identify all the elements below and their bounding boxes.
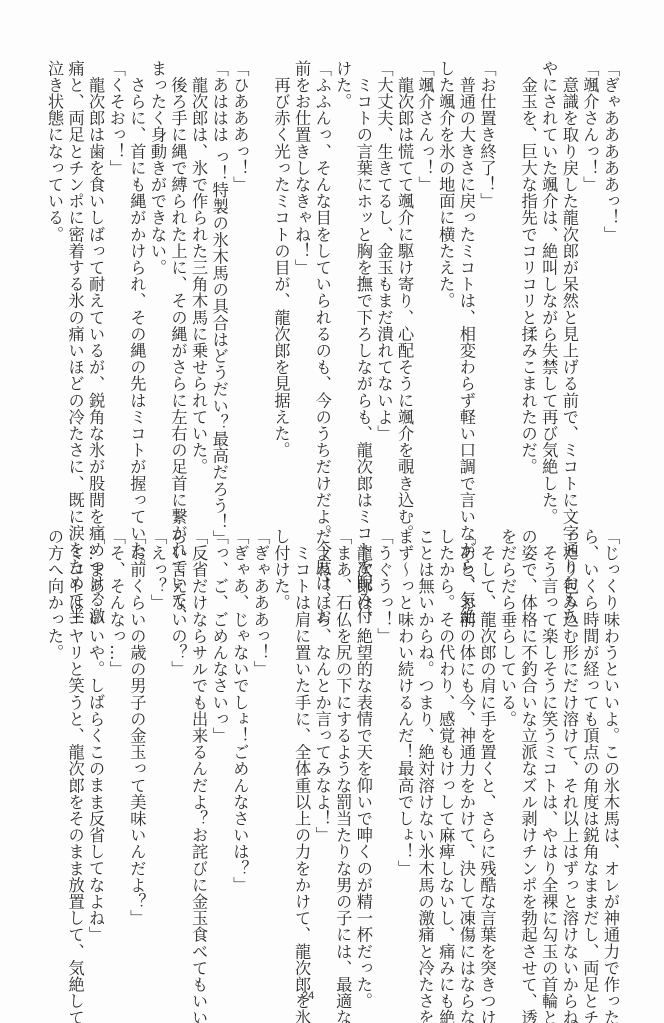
text-line: の方へ向かった。	[43, 528, 64, 938]
text-line: 龍次郎は慌てて颯介に駆け寄り、心配そうに颯介を覗き込む。	[393, 60, 414, 490]
text-line: そう言って楽しそうに笑うミコトは、やはり全裸に勾玉の首輪と腕輪のみ	[538, 528, 559, 938]
text-line: 「あと、お前の体にも今、神通力をかけて、決して凍傷にはならないように	[455, 528, 476, 938]
text-block-bottom: 「じっくり味わうといいよ。この氷木馬は、オレが神通力で作ったものだから、いくら時…	[43, 528, 620, 938]
text-line: 龍次郎は歯を食いしばって耐えているが、鋭角な氷が股間を痛めつける激	[85, 60, 106, 490]
text-line: だよね！ほら、なんとか言ってみなよ！」	[311, 528, 332, 938]
text-line: したから。その代わり、感覚もけっして麻痺しないし、痛みにも絶対慣れる	[435, 528, 456, 938]
text-line: 後ろ手に縄で縛られた上に、その縄がさらに左右の足首に繋がれていて、	[167, 60, 188, 490]
text-line: 痛と、両足とチンポに密着する氷の痛いほどの冷たさに、既に涙をためて半	[64, 60, 85, 490]
text-line: した颯介を氷の地面に横たえた。	[435, 60, 456, 490]
text-line: 「颯介さんっ！」	[579, 60, 600, 490]
page-number: 24	[302, 990, 314, 1002]
text-line: 「ぎゃあああっ！」	[249, 528, 270, 938]
text-line: 「ふふんっ、そんな目をしていられるのも、今のうちだけだよ。今度は、お	[311, 60, 332, 490]
text-line: 「そ、そんなっ…」	[105, 528, 126, 938]
text-line: まったく身動きができない。	[146, 60, 167, 490]
text-line: 「くそおっ！」	[105, 60, 126, 490]
text-line: 普通の大きさに戻ったミコトは、相変わらず軽い口調で言いながら、気絶	[455, 60, 476, 490]
text-line: 「じっくり味わうといいよ。この氷木馬は、オレが神通力で作ったものだか	[599, 528, 620, 938]
text-line: 「お前くらいの歳の男子の金玉って美味いんだよ？」	[126, 528, 147, 938]
text-line: らい言えないの？」	[167, 528, 188, 938]
text-line: ミコトはニヤリと笑うと、龍次郎をそのまま放置して、気絶している颯介	[64, 528, 85, 938]
text-line: 「うぐうっ！」	[373, 528, 394, 938]
text-line: 「あははは っ！特製の氷木馬の具合はどうだい？最高だろう！」	[208, 60, 229, 490]
text-line: 意識を取り戻した龍次郎が呆然と見上げる前で、ミコトに文字通りおもち	[558, 60, 579, 490]
text-line: 「まあ、石仏を尻の下にするような罰当たりな男の子には、最適なお仕置き	[332, 528, 353, 938]
text-line: ことは無いからね。つまり、絶対溶けない氷木馬の激痛と冷たさを、そのま	[414, 528, 435, 938]
text-line: 「反省だけならサルでも出来るんだよ？お詫びに金玉食べてもいいです、く	[188, 528, 209, 938]
text-line: 再び赤く光ったミコトの目が、龍次郎を見据えた。	[270, 60, 291, 490]
text-line: けた。	[332, 60, 353, 490]
text-line: 「颯介さんっ！」	[414, 60, 435, 490]
text-line: ミコトの言葉にホッと胸を撫で下ろしながらも、龍次郎はミコトを睨み付	[352, 60, 373, 490]
text-line: 「えっ？」	[146, 528, 167, 938]
text-line: 「…まあ、いいや。しばらくこのまま反省してなよね」	[85, 528, 106, 938]
text-line: の姿で、体格に不釣合いな立派なズル剥けチンポを勃起させて、透明な粘液	[517, 528, 538, 938]
text-line: そして、龍次郎の肩に手を置くと、さらに残酷な言葉を突きつける。	[476, 528, 497, 938]
text-line: 金玉を、巨大な指先でコリコリと揉みこまれたのだ。	[517, 60, 538, 490]
text-line: し付けた。	[270, 528, 291, 938]
text-line: 「っ、ご、ごめんなさいっ」	[208, 528, 229, 938]
text-line: 「ひあああっ！」	[229, 60, 250, 490]
text-line: さらに、首にも縄がかけられ、その縄の先はミコトが握っていた。	[126, 60, 147, 490]
text-line	[249, 60, 270, 490]
text-line: 「ぎゃあああああっ！」	[599, 60, 620, 490]
text-line: まず〜っと味わい続けるんだ！最高でしょ！」	[393, 528, 414, 938]
text-line: ら、いくら時間が経っても頂点の角度は鋭角なままだし、両足とチンポをぴ	[579, 528, 600, 938]
text-line: ミコトは肩に置いた手に、全体重以上の力をかけて、龍次郎を氷木馬に押	[291, 528, 312, 938]
text-line: ったり包み込む形にだけ溶けて、それ以上はずっと溶けないからね！」	[558, 528, 579, 938]
text-line: 龍次郎は、氷で作られた三角木馬に乗せられていた。	[188, 60, 209, 490]
text-line: 前をお仕置きしなきゃね！」	[291, 60, 312, 490]
text-line: 「ぎゃあ、じゃないでしょ！ごめんなさいは？」	[229, 528, 250, 938]
text-line: 「大丈夫、生きてるし、金玉もまだ潰れてないよ」	[373, 60, 394, 490]
text-line	[496, 60, 517, 490]
text-line: をだらだら垂らしている。	[496, 528, 517, 938]
text-line: 「お仕置き終了！」	[476, 60, 497, 490]
text-line: やにされていた颯介は、絶叫しながら失禁して再び気絶した。	[538, 60, 559, 490]
text-line: 龍次郎は、絶望的な表情で天を仰いで呻くのが精一杯だった。	[352, 528, 373, 938]
text-block-top: 「ぎゃあああああっ！」「颯介さんっ！」 意識を取り戻した龍次郎が呆然と見上げる前…	[43, 60, 620, 490]
document-page: 「ぎゃあああああっ！」「颯介さんっ！」 意識を取り戻した龍次郎が呆然と見上げる前…	[0, 0, 664, 1023]
text-line: 泣き状態になっている。	[43, 60, 64, 490]
